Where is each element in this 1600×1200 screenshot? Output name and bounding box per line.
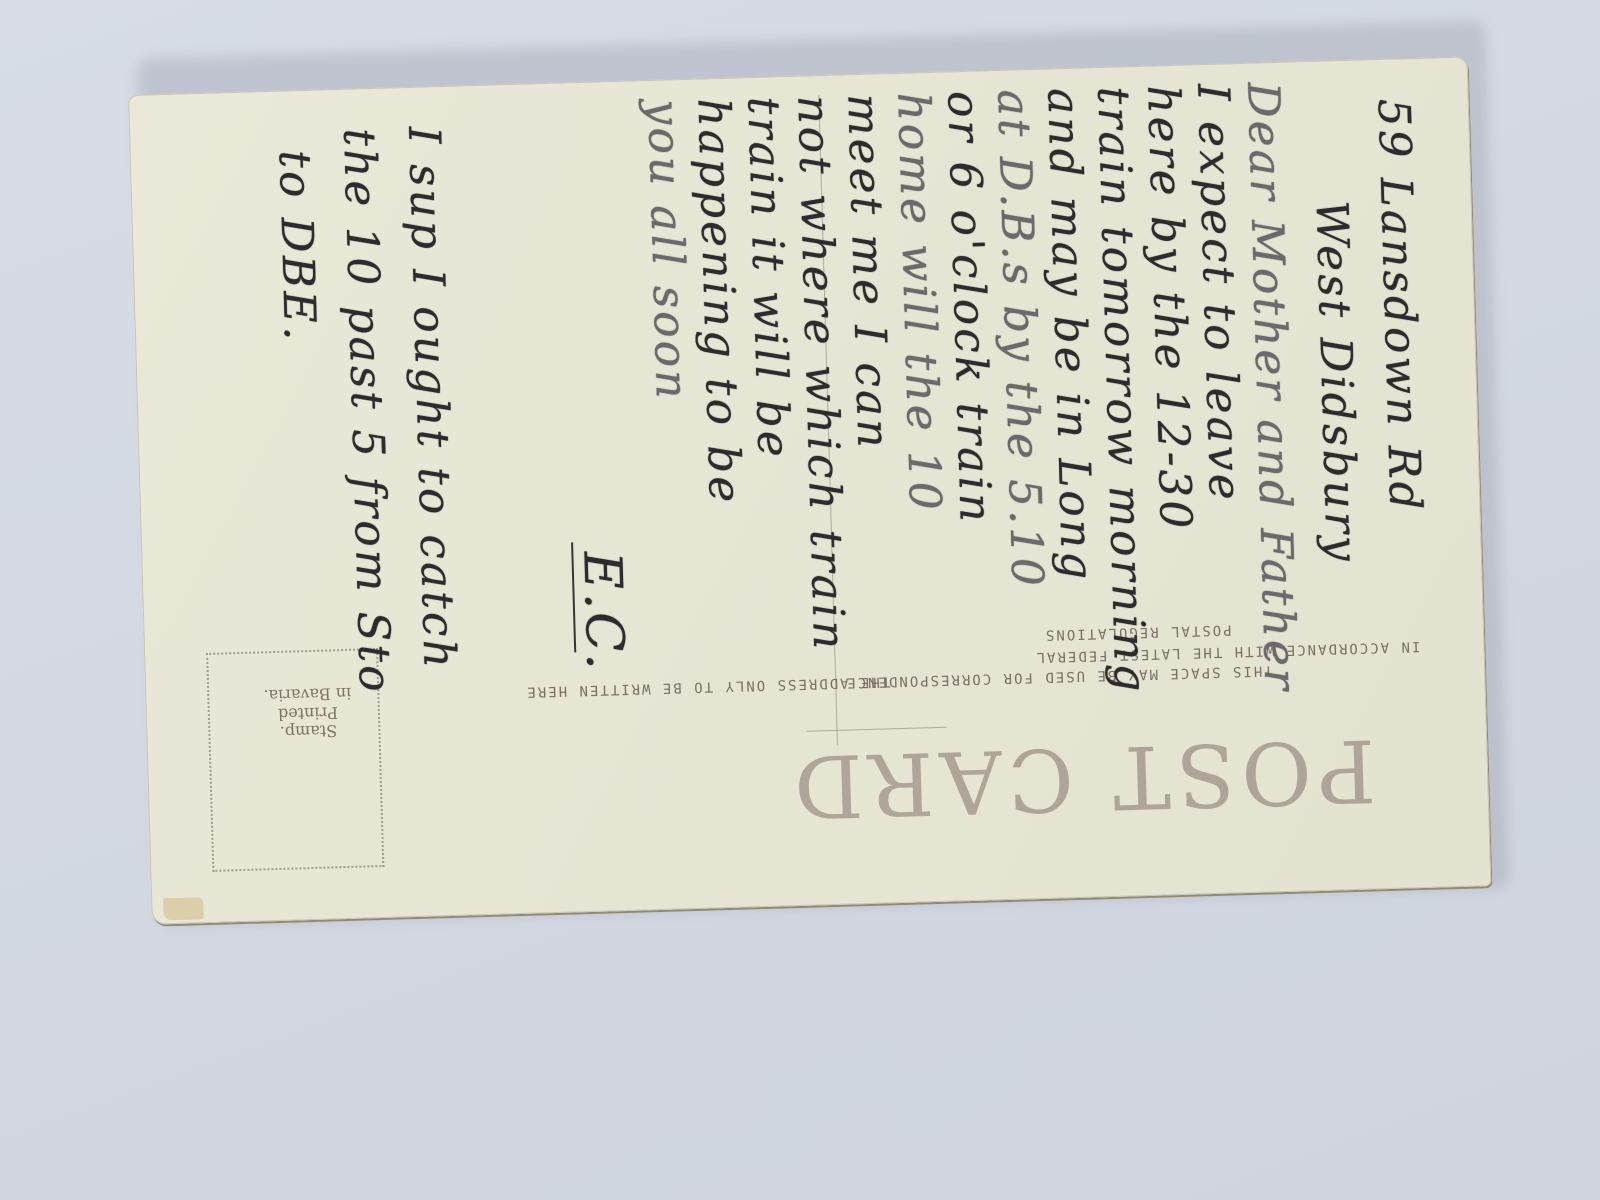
worn-corner [163,897,204,920]
divider-line-horizontal [807,727,947,732]
notice-line-2: IN ACCORDANCE WITH THE LATEST FEDERAL [1034,638,1420,665]
stamp-text: Stamp. Printed in Bavaria. [263,684,352,742]
hw-line-12: you all soon [637,99,697,402]
stamp-line-2: Printed [264,702,352,723]
signature: E.C. [571,551,634,674]
postcard: POST CARD THIS SPACE MAY BE USED FOR COR… [128,56,1491,924]
postcard-title: POST CARD [787,719,1377,836]
hw-line-greeting: Dear Mother and Father [1237,82,1306,694]
hw-line-address-1: 59 Lansdown Rd [1368,98,1431,514]
notice-line-1: THIS SPACE MAY BE USED FOR CORRESPONDENC… [845,662,1273,690]
postscript-line-3: to DBE. [269,150,326,344]
postscript-line-2: the 10 past 5 from Sto [333,128,400,696]
hw-line-address-2: West Didsbury [1306,200,1367,565]
stamp-line-3: in Bavaria. [263,684,351,705]
postscript-line-1: I sup I ought to catch [398,126,465,672]
